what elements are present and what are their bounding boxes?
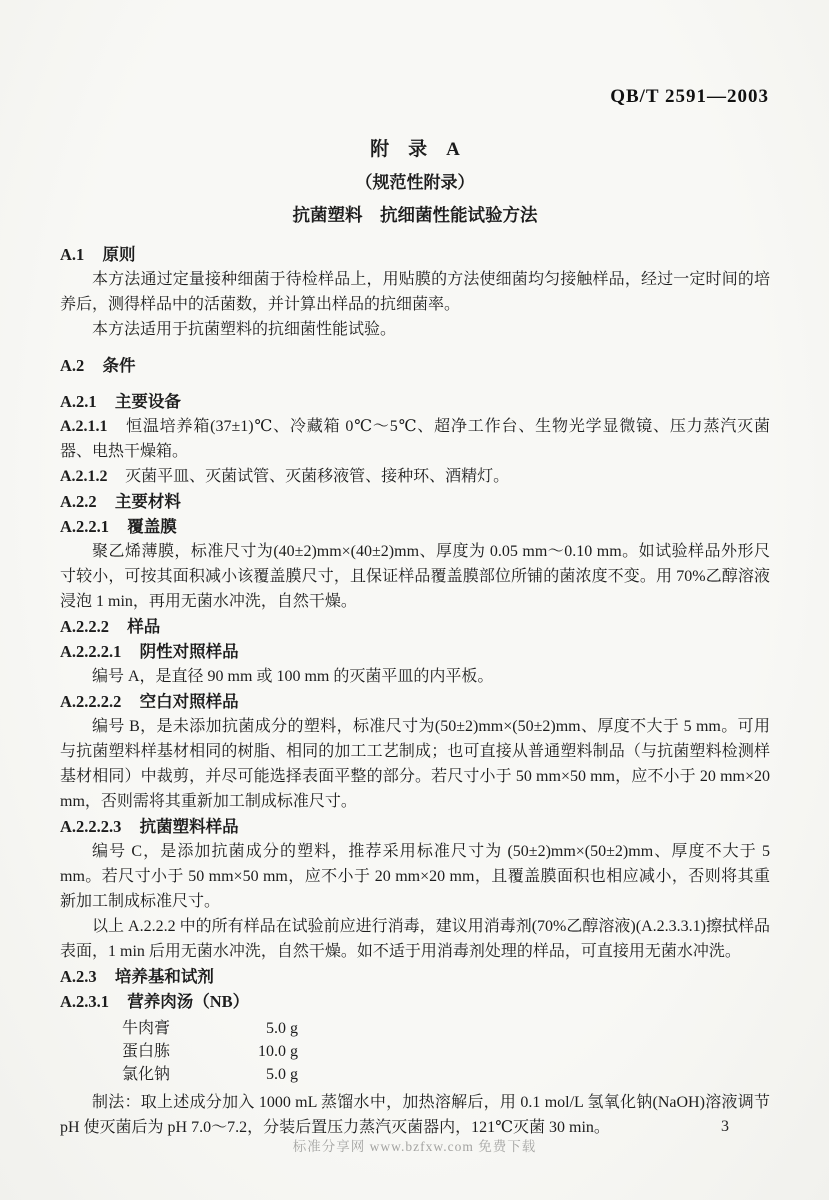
clause-number: A.2.2.2.1 bbox=[60, 642, 121, 661]
clause-number: A.2.2 bbox=[60, 492, 97, 511]
ingredient-name: 氯化钠 bbox=[122, 1063, 170, 1086]
watermark: 标准分享网 www.bzfxw.com 免费下载 bbox=[0, 1135, 829, 1155]
ingredient-amount: 10.0 g bbox=[258, 1040, 298, 1063]
clause-number: A.2.1 bbox=[60, 392, 97, 411]
annex-title: 附 录 A bbox=[60, 138, 770, 162]
clause-text: 灭菌平皿、灭菌试管、灭菌移液管、接种环、酒精灯。 bbox=[125, 468, 509, 485]
clause-number: A.2.3 bbox=[60, 967, 97, 986]
heading-a22: A.2.2主要材料 bbox=[60, 489, 770, 514]
clause-title: 覆盖膜 bbox=[127, 517, 177, 536]
ingredient-list: 牛肉膏 5.0 g 蛋白胨 10.0 g 氯化钠 5.0 g bbox=[60, 1017, 770, 1086]
annex-normative-label: （规范性附录） bbox=[60, 171, 770, 195]
clause-text: 恒温培养箱(37±1)℃、冷藏箱 0℃～5℃、超净工作台、生物光学显微镜、压力蒸… bbox=[60, 418, 770, 460]
clause-title: 主要材料 bbox=[115, 492, 181, 511]
clause-number: A.2.2.2 bbox=[60, 617, 109, 636]
ingredient-amount: 5.0 g bbox=[266, 1063, 298, 1086]
paragraph: 本方法通过定量接种细菌于待检样品上，用贴膜的方法使细菌均匀接触样品，经过一定时间… bbox=[60, 267, 770, 317]
heading-a231: A.2.3.1营养肉汤（NB） bbox=[60, 989, 770, 1014]
clause-a212: A.2.1.2灭菌平皿、灭菌试管、灭菌移液管、接种环、酒精灯。 bbox=[60, 464, 770, 489]
heading-a221: A.2.2.1覆盖膜 bbox=[60, 514, 770, 539]
paragraph: 编号 C，是添加抗菌成分的塑料，推荐采用标准尺寸为 (50±2)mm×(50±2… bbox=[60, 839, 770, 914]
paragraph: 编号 A，是直径 90 mm 或 100 mm 的灭菌平皿的内平板。 bbox=[60, 664, 770, 689]
standard-code: QB/T 2591—2003 bbox=[610, 86, 769, 108]
clause-number: A.2.2.2.2 bbox=[60, 692, 121, 711]
document-page: QB/T 2591—2003 附 录 A （规范性附录） 抗菌塑料 抗细菌性能试… bbox=[0, 0, 829, 1200]
ingredient-amount: 5.0 g bbox=[266, 1017, 298, 1040]
clause-number: A.2.1.2 bbox=[60, 468, 108, 485]
clause-title: 抗菌塑料样品 bbox=[140, 817, 239, 836]
clause-number: A.2 bbox=[60, 356, 84, 375]
ingredient-name: 牛肉膏 bbox=[122, 1017, 170, 1040]
clause-a211: A.2.1.1恒温培养箱(37±1)℃、冷藏箱 0℃～5℃、超净工作台、生物光学… bbox=[60, 414, 770, 464]
heading-a2: A.2条件 bbox=[60, 353, 770, 378]
annex-name: 抗菌塑料 抗细菌性能试验方法 bbox=[60, 202, 770, 228]
page-number: 3 bbox=[721, 1118, 729, 1136]
paragraph: 聚乙烯薄膜，标准尺寸为(40±2)mm×(40±2)mm、厚度为 0.05 mm… bbox=[60, 539, 770, 614]
paragraph: 以上 A.2.2.2 中的所有样品在试验前应进行消毒，建议用消毒剂(70%乙醇溶… bbox=[60, 914, 770, 964]
heading-a2223: A.2.2.2.3抗菌塑料样品 bbox=[60, 814, 770, 839]
heading-a222: A.2.2.2样品 bbox=[60, 614, 770, 639]
heading-a23: A.2.3培养基和试剂 bbox=[60, 964, 770, 989]
heading-a2222: A.2.2.2.2空白对照样品 bbox=[60, 689, 770, 714]
ingredient-row: 牛肉膏 5.0 g bbox=[122, 1017, 298, 1040]
clause-number: A.2.2.2.3 bbox=[60, 817, 121, 836]
clause-number: A.2.3.1 bbox=[60, 992, 109, 1011]
clause-title: 阴性对照样品 bbox=[140, 642, 239, 661]
clause-number: A.1 bbox=[60, 245, 84, 264]
clause-number: A.2.1.1 bbox=[60, 418, 108, 435]
heading-a2221: A.2.2.2.1阴性对照样品 bbox=[60, 639, 770, 664]
clause-title: 样品 bbox=[127, 617, 160, 636]
clause-title: 培养基和试剂 bbox=[115, 967, 214, 986]
paragraph-preparation: 制法：取上述成分加入 1000 mL 蒸馏水中，加热溶解后，用 0.1 mol/… bbox=[60, 1090, 770, 1140]
clause-title: 原则 bbox=[102, 245, 135, 264]
page-content: 附 录 A （规范性附录） 抗菌塑料 抗细菌性能试验方法 A.1原则 本方法通过… bbox=[60, 138, 770, 1140]
heading-a21: A.2.1主要设备 bbox=[60, 389, 770, 414]
clause-title: 条件 bbox=[102, 356, 135, 375]
clause-title: 主要设备 bbox=[115, 392, 181, 411]
clause-title: 空白对照样品 bbox=[140, 692, 239, 711]
ingredient-row: 蛋白胨 10.0 g bbox=[122, 1040, 298, 1063]
paragraph: 本方法适用于抗菌塑料的抗细菌性能试验。 bbox=[60, 317, 770, 342]
ingredient-name: 蛋白胨 bbox=[122, 1040, 170, 1063]
heading-a1: A.1原则 bbox=[60, 242, 770, 267]
paragraph: 编号 B，是未添加抗菌成分的塑料，标准尺寸为(50±2)mm×(50±2)mm、… bbox=[60, 714, 770, 814]
ingredient-row: 氯化钠 5.0 g bbox=[122, 1063, 298, 1086]
clause-number: A.2.2.1 bbox=[60, 517, 109, 536]
clause-title: 营养肉汤（NB） bbox=[127, 992, 249, 1011]
